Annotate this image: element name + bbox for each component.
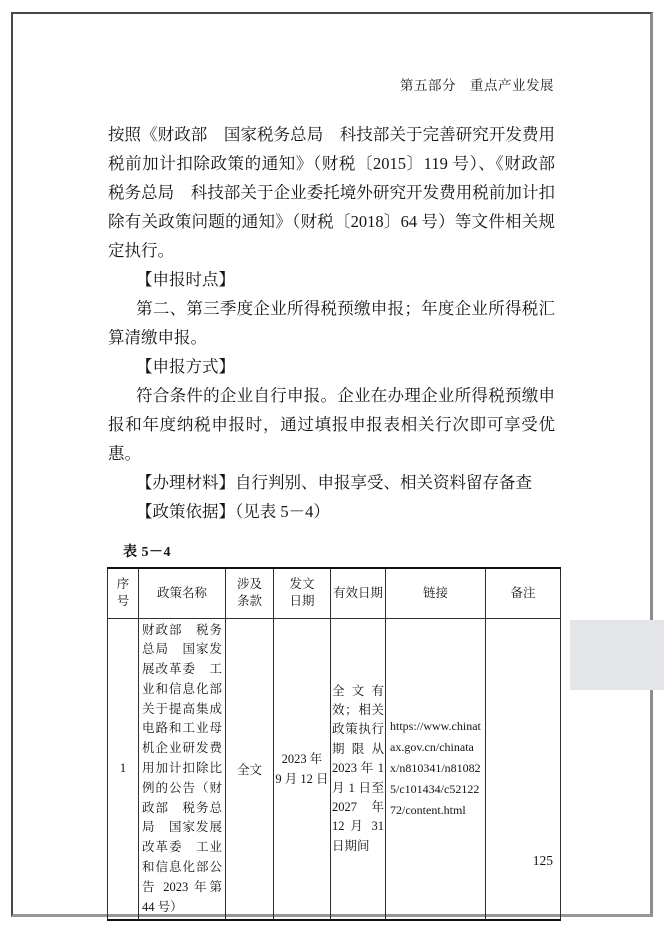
col-header-serial: 序号 — [108, 568, 139, 618]
table-header-row: 序号 政策名称 涉及条款 发文日期 有效日期 链接 备注 — [108, 568, 561, 618]
paragraph-filing-time: 第二、第三季度企业所得税预缴申报；年度企业所得税汇算清缴申报。 — [108, 294, 555, 352]
edge-tab-marker — [570, 620, 664, 690]
paragraph-policy-basis: 【政策依据】（见表 5－4） — [108, 497, 555, 526]
running-head: 第五部分 重点产业发展 — [109, 78, 554, 94]
col-header-clauses: 涉及条款 — [226, 568, 274, 618]
col-header-link: 链接 — [386, 568, 486, 618]
document-canvas: 第五部分 重点产业发展 按照《财政部 国家税务总局 科技部关于完善研究开发费用税… — [0, 0, 664, 929]
col-header-remark: 备注 — [486, 568, 561, 618]
cell-issue-date: 2023 年 9 月 12 日 — [274, 618, 331, 920]
col-header-valid-date: 有效日期 — [331, 568, 386, 618]
table-caption: 表 5－4 — [123, 541, 650, 561]
paragraph-regulation-basis: 按照《财政部 国家税务总局 科技部关于完善研究开发费用税前加计扣除政策的通知》（… — [108, 120, 555, 265]
body-text: 按照《财政部 国家税务总局 科技部关于完善研究开发费用税前加计扣除政策的通知》（… — [108, 120, 555, 526]
cell-remark — [486, 618, 561, 920]
section-label-filing-method: 【申报方式】 — [108, 352, 555, 381]
cell-policy-name: 财政部 税务总局 国家发展改革委 工业和信息化部关于提高集成电路和工业母机企业研… — [139, 618, 226, 920]
policy-table: 序号 政策名称 涉及条款 发文日期 有效日期 链接 备注 1 财政部 税务总局 … — [107, 567, 561, 921]
cell-link-url: https://www.chinatax.gov.cn/chinatax/n81… — [386, 618, 486, 920]
section-label-filing-time: 【申报时点】 — [108, 265, 555, 294]
cell-valid-date: 全文有效；相关政策执行期限从 2023 年 1 月 1 日至 2027 年 12… — [331, 618, 386, 920]
cell-clauses: 全文 — [226, 618, 274, 920]
page-number: 125 — [533, 853, 553, 869]
paragraph-filing-method: 符合条件的企业自行申报。企业在办理企业所得税预缴申报和年度纳税申报时，通过填报申… — [108, 381, 555, 468]
document-page: 第五部分 重点产业发展 按照《财政部 国家税务总局 科技部关于完善研究开发费用税… — [11, 12, 653, 917]
cell-serial-number: 1 — [108, 618, 139, 920]
paragraph-materials: 【办理材料】自行判别、申报享受、相关资料留存备查 — [108, 468, 555, 497]
col-header-policy-name: 政策名称 — [139, 568, 226, 618]
col-header-issue-date: 发文日期 — [274, 568, 331, 618]
table-row: 1 财政部 税务总局 国家发展改革委 工业和信息化部关于提高集成电路和工业母机企… — [108, 618, 561, 920]
